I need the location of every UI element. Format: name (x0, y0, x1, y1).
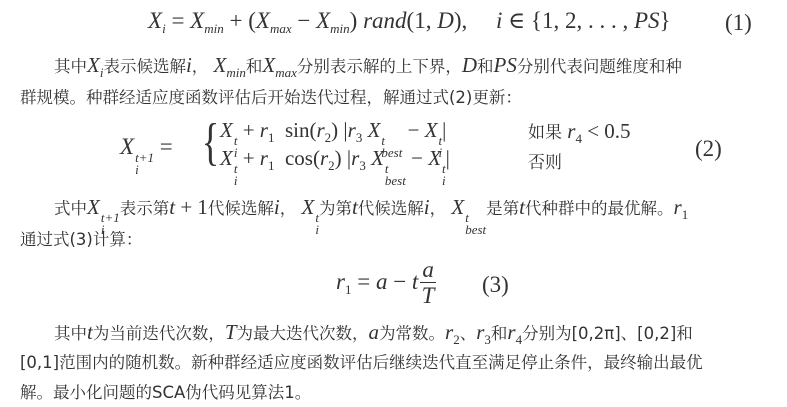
text: 表示第 (120, 199, 170, 218)
equation-2-number: (2) (695, 136, 722, 162)
equation-2-lhs: Xt+1i = (120, 134, 173, 176)
equation-1: Xi = Xmin + (Xmax − Xmin) rand(1, D), i … (148, 8, 671, 37)
text: 其中 (54, 324, 87, 343)
text: 和 (491, 324, 508, 343)
paragraph-1-line-1: 其中Xi表示候选解i， Xmin和Xmax分别表示解的上下界，D和PS分别代表问… (54, 54, 682, 84)
equation-2-case-2-condition: 否则 (528, 148, 562, 174)
equation-3: r1 = a − taT (336, 258, 438, 309)
text: 是第 (486, 199, 519, 218)
text: 分别为[0,2π]、[0,2]和 (522, 324, 693, 343)
document-page: Xi = Xmin + (Xmax − Xmin) rand(1, D), i … (0, 0, 787, 407)
paragraph-2-line-1: 式中Xt+1i表示第t + 1代候选解i， Xti为第t代候选解i， Xtbes… (54, 196, 688, 236)
equation-2-case-1-condition: 如果 r4 < 0.5 (528, 118, 631, 147)
paragraph-3-line-1: 其中t为当前迭代次数，T为最大迭代次数，a为常数。r2、r3和r4分别为[0,2… (54, 321, 693, 351)
text: 为第 (319, 199, 352, 218)
paragraph-1-line-2: 群规模。种群经适应度函数评估后开始迭代过程，解通过式(2)更新： (20, 87, 522, 109)
text: 为最大迭代次数， (237, 324, 369, 343)
paragraph-2-line-2: 通过式(3)计算： (20, 229, 142, 251)
text: 如果 (528, 123, 562, 143)
equation-1-number: (1) (725, 10, 752, 36)
text: 为当前迭代次数， (93, 324, 225, 343)
text: 为常数。 (379, 324, 445, 343)
text: ， (192, 57, 209, 76)
text: 否则 (528, 153, 562, 173)
text: ， (430, 199, 447, 218)
text: 、 (460, 324, 477, 343)
text: 分别代表问题维度和种 (517, 57, 682, 76)
text: 其中 (54, 57, 87, 76)
text: 和 (477, 57, 494, 76)
text: 代候选解 (358, 199, 424, 218)
equation-2-brace: { (202, 117, 219, 169)
paragraph-3-line-3: 解。最小化问题的SCA伪代码见算法1。 (20, 382, 311, 404)
equation-3-number: (3) (482, 272, 509, 298)
text: 和 (246, 57, 263, 76)
equation-2-case-2: Xti + r1 cos(r2) |r3 Xtbest − Xti| (220, 146, 450, 187)
text: 代候选解 (208, 199, 274, 218)
text: ， (280, 199, 297, 218)
text: 代种群中的最优解。 (525, 199, 674, 218)
text: 分别表示解的上下界， (297, 57, 462, 76)
text: 式中 (54, 199, 87, 218)
paragraph-3-line-2: [0,1]范围内的随机数。新种群经适应度函数评估后继续迭代直至满足停止条件，最终… (20, 352, 703, 374)
text: 表示候选解 (103, 57, 186, 76)
